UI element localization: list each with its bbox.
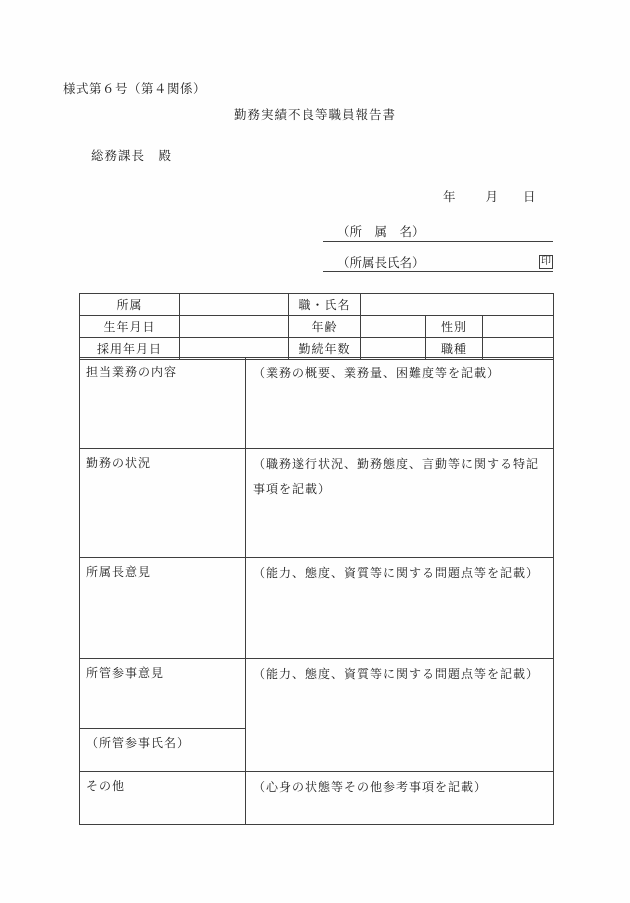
addressee-line: 総務課長 殿 <box>91 146 172 164</box>
sex-value-cell <box>483 316 554 338</box>
counselor-name-label-cell: （所管参事氏名） <box>80 729 246 772</box>
job-name-value-cell <box>361 294 554 316</box>
date-month-label: 月 <box>486 190 499 204</box>
work-status-note-cell: （職務遂行状況、勤務態度、言動等に関する特記事項を記載） <box>246 449 554 558</box>
other-row: その他 （心身の状態等その他参考事項を記載） <box>80 772 554 825</box>
counselor-opinion-note-cell: （能力、態度、資質等に関する問題点等を記載） <box>246 659 554 772</box>
form-document-page: 様式第６号（第４関係） 勤務実績不良等職員報告書 総務課長 殿 年月日 （所 属… <box>0 0 630 903</box>
other-note-cell: （心身の状態等その他参考事項を記載） <box>246 772 554 825</box>
document-title: 勤務実績不良等職員報告書 <box>0 105 630 123</box>
form-number: 様式第６号（第４関係） <box>63 79 206 97</box>
date-day-label: 日 <box>523 190 536 204</box>
affiliation-value-cell <box>180 294 289 316</box>
job-name-header: 職・氏名 <box>289 294 361 316</box>
affiliation-signature-line: （所 属 名） <box>323 222 553 242</box>
affiliation-label: （所 属 名） <box>323 222 425 240</box>
chief-opinion-header: 所属長意見 <box>80 558 246 659</box>
counselor-opinion-row: 所管参事意見 （能力、態度、資質等に関する問題点等を記載） <box>80 659 554 729</box>
work-status-header: 勤務の状況 <box>80 449 246 558</box>
employee-info-table: 所属 職・氏名 生年月日 年齢 性別 採用年月日 勤続年数 職種 <box>79 293 554 360</box>
affiliation-header: 所属 <box>80 294 180 316</box>
chief-name-signature-line: （所属長氏名） 印 <box>323 253 553 272</box>
birthdate-header: 生年月日 <box>80 316 180 338</box>
date-year-label: 年 <box>443 190 456 204</box>
counselor-opinion-header: 所管参事意見 <box>80 659 246 729</box>
sex-header: 性別 <box>426 316 483 338</box>
info-row-affiliation: 所属 職・氏名 <box>80 294 554 316</box>
age-value-cell <box>361 316 426 338</box>
info-row-birthdate: 生年月日 年齢 性別 <box>80 316 554 338</box>
birthdate-value-cell <box>180 316 289 338</box>
date-line: 年月日 <box>443 187 536 205</box>
duties-note-cell: （業務の概要、業務量、困難度等を記載） <box>246 358 554 449</box>
age-header: 年齢 <box>289 316 361 338</box>
report-detail-table: 担当業務の内容 （業務の概要、業務量、困難度等を記載） 勤務の状況 （職務遂行状… <box>79 357 554 825</box>
chief-opinion-note-cell: （能力、態度、資質等に関する問題点等を記載） <box>246 558 554 659</box>
other-header: その他 <box>80 772 246 825</box>
seal-stamp-box: 印 <box>539 255 553 269</box>
work-status-row: 勤務の状況 （職務遂行状況、勤務態度、言動等に関する特記事項を記載） <box>80 449 554 558</box>
duties-row: 担当業務の内容 （業務の概要、業務量、困難度等を記載） <box>80 358 554 449</box>
chief-opinion-row: 所属長意見 （能力、態度、資質等に関する問題点等を記載） <box>80 558 554 659</box>
chief-name-label: （所属長氏名） <box>323 253 425 271</box>
duties-header: 担当業務の内容 <box>80 358 246 449</box>
